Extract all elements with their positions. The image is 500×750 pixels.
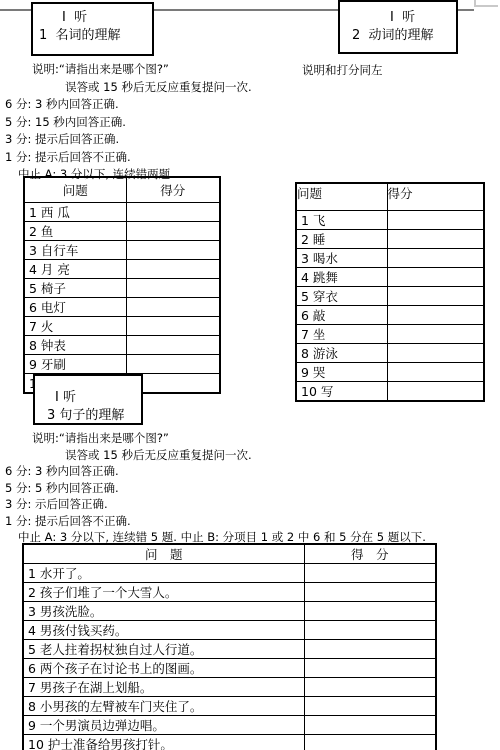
- section-box-sentence-comprehension: I 听 3 句子的理解: [33, 374, 143, 425]
- table-row: 9 哭: [296, 362, 484, 381]
- instruction-line: 1 分: 提示后回答不正确.: [5, 513, 426, 530]
- instructions-noun-section: 说明:“请指出来是哪个图?” 误答或 15 秒后无反应重复提问一次. 6 分: …: [0, 61, 252, 184]
- question-cell: 8 钟表: [24, 335, 126, 354]
- score-cell: [304, 678, 436, 697]
- score-cell: [387, 362, 484, 381]
- table-row: 7 坐: [296, 324, 484, 343]
- table-row: 9 牙刷: [24, 354, 220, 373]
- question-cell: 2 孩子们堆了一个大雪人。: [23, 583, 304, 602]
- question-cell: 1 水开了。: [23, 564, 304, 583]
- question-cell: 5 椅子: [24, 278, 126, 297]
- question-cell: 7 男孩子在湖上划船。: [23, 678, 304, 697]
- table-row: 8 小男孩的左臂被车门夹住了。: [23, 697, 436, 716]
- question-cell: 6 敲: [296, 305, 387, 324]
- table-row: 1 西 瓜: [24, 202, 220, 221]
- instructions-sentence-section: 说明:“请指出来是哪个图?” 误答或 15 秒后无反应重复提问一次. 6 分: …: [0, 430, 426, 546]
- score-cell: [126, 259, 220, 278]
- score-cell: [304, 659, 436, 678]
- sentence-score-table: 问 题 得 分 1 水开了。2 孩子们堆了一个大雪人。3 男孩洗脸。4 男孩付钱…: [22, 543, 437, 750]
- question-cell: 5 穿衣: [296, 286, 387, 305]
- score-cell: [126, 278, 220, 297]
- instruction-line: 6 分: 3 秒内回答正确.: [5, 96, 252, 114]
- question-cell: 4 月 亮: [24, 259, 126, 278]
- question-cell: 10 写: [296, 381, 387, 401]
- score-cell: [304, 564, 436, 583]
- table-row: 4 月 亮: [24, 259, 220, 278]
- table-row: 1 飞: [296, 210, 484, 229]
- instruction-line: 说明:“请指出来是哪个图?”: [32, 61, 252, 79]
- table-row: 7 火: [24, 316, 220, 335]
- question-cell: 7 火: [24, 316, 126, 335]
- score-cell: [387, 248, 484, 267]
- question-cell: 2 鱼: [24, 221, 126, 240]
- table-header-row: 问题 得分: [24, 177, 220, 202]
- table-row: 6 电灯: [24, 297, 220, 316]
- score-cell: [304, 716, 436, 735]
- score-header: 得 分: [304, 544, 436, 564]
- table-row: 4 跳舞: [296, 267, 484, 286]
- section-title: 2 动词的理解: [352, 28, 456, 44]
- instruction-line: 3 分: 提示后回答正确.: [5, 131, 252, 149]
- table-row: 2 鱼: [24, 221, 220, 240]
- score-cell: [304, 583, 436, 602]
- table-row: 1 水开了。: [23, 564, 436, 583]
- section-part-label: I 听: [55, 390, 141, 406]
- score-cell: [126, 297, 220, 316]
- question-cell: 2 睡: [296, 229, 387, 248]
- table-row: 9 一个男演员边弹边唱。: [23, 716, 436, 735]
- question-cell: 10 护士准备给男孩打针。: [23, 735, 304, 750]
- score-cell: [387, 286, 484, 305]
- question-cell: 7 坐: [296, 324, 387, 343]
- instruction-line: 误答或 15 秒后无反应重复提问一次.: [65, 79, 252, 97]
- score-cell: [304, 735, 436, 750]
- question-cell: 6 电灯: [24, 297, 126, 316]
- table-row: 3 男孩洗脸。: [23, 602, 436, 621]
- section-title: 3 句子的理解: [47, 408, 141, 424]
- table-row: 8 钟表: [24, 335, 220, 354]
- score-cell: [126, 240, 220, 259]
- instruction-line: 6 分: 3 秒内回答正确.: [5, 463, 426, 480]
- score-cell: [126, 202, 220, 221]
- verb-score-table: 问题 得分 1 飞2 睡3 喝水4 跳舞5 穿衣6 敲7 坐8 游泳9 哭10 …: [295, 182, 485, 402]
- table-row: 3 自行车: [24, 240, 220, 259]
- section-part-label: I 听: [390, 10, 456, 26]
- question-cell: 3 喝水: [296, 248, 387, 267]
- score-cell: [387, 267, 484, 286]
- instruction-line: 5 分: 5 秒内回答正确.: [5, 480, 426, 497]
- question-cell: 3 自行车: [24, 240, 126, 259]
- score-cell: [304, 621, 436, 640]
- section-box-noun-comprehension: I 听 1 名词的理解: [31, 2, 154, 56]
- question-cell: 1 西 瓜: [24, 202, 126, 221]
- score-cell: [304, 697, 436, 716]
- table-row: 2 睡: [296, 229, 484, 248]
- table-row: 6 两个孩子在讨论书上的图画。: [23, 659, 436, 678]
- table-row: 5 穿衣: [296, 286, 484, 305]
- corner-rule-horizontal: [474, 5, 498, 7]
- score-cell: [126, 354, 220, 373]
- note-same-as-left: 说明和打分同左: [302, 62, 383, 78]
- table-row: 4 男孩付钱买药。: [23, 621, 436, 640]
- table-row: 5 椅子: [24, 278, 220, 297]
- score-cell: [304, 640, 436, 659]
- question-cell: 9 牙刷: [24, 354, 126, 373]
- question-cell: 9 一个男演员边弹边唱。: [23, 716, 304, 735]
- score-cell: [387, 229, 484, 248]
- score-cell: [126, 316, 220, 335]
- section-title: 1 名词的理解: [39, 28, 152, 44]
- score-cell: [387, 210, 484, 229]
- table-row: 8 游泳: [296, 343, 484, 362]
- score-cell: [387, 343, 484, 362]
- table-header-row: 问题 得分: [296, 183, 484, 210]
- table-row: 5 老人拄着拐杖独自过人行道。: [23, 640, 436, 659]
- question-cell: 8 游泳: [296, 343, 387, 362]
- instruction-line: 1 分: 提示后回答不正确.: [5, 149, 252, 167]
- section-box-verb-comprehension: I 听 2 动词的理解: [338, 0, 458, 54]
- question-cell: 3 男孩洗脸。: [23, 602, 304, 621]
- noun-score-table: 问题 得分 1 西 瓜2 鱼3 自行车4 月 亮5 椅子6 电灯7 火8 钟表9…: [23, 176, 221, 394]
- table-row: 10 写: [296, 381, 484, 401]
- instruction-line: 3 分: 示后回答正确.: [5, 496, 426, 513]
- instruction-line: 说明:“请指出来是哪个图?”: [32, 430, 426, 447]
- question-header: 问题: [24, 177, 126, 202]
- table-row: 2 孩子们堆了一个大雪人。: [23, 583, 436, 602]
- score-header: 得分: [126, 177, 220, 202]
- question-header: 问 题: [23, 544, 304, 564]
- table-row: 10 护士准备给男孩打针。: [23, 735, 436, 750]
- question-cell: 5 老人拄着拐杖独自过人行道。: [23, 640, 304, 659]
- score-cell: [387, 324, 484, 343]
- question-cell: 4 跳舞: [296, 267, 387, 286]
- question-cell: 4 男孩付钱买药。: [23, 621, 304, 640]
- instruction-line: 5 分: 15 秒内回答正确.: [5, 114, 252, 132]
- table-row: 7 男孩子在湖上划船。: [23, 678, 436, 697]
- instruction-line: 误答或 15 秒后无反应重复提问一次.: [65, 447, 426, 464]
- corner-rule-vertical: [474, 0, 476, 7]
- question-cell: 1 飞: [296, 210, 387, 229]
- score-cell: [126, 335, 220, 354]
- question-header: 问题: [296, 183, 387, 210]
- score-cell: [387, 305, 484, 324]
- score-cell: [126, 221, 220, 240]
- question-cell: 6 两个孩子在讨论书上的图画。: [23, 659, 304, 678]
- question-cell: 8 小男孩的左臂被车门夹住了。: [23, 697, 304, 716]
- score-cell: [304, 602, 436, 621]
- table-row: 6 敲: [296, 305, 484, 324]
- document-page: I 听 1 名词的理解 I 听 2 动词的理解 说明:“请指出来是哪个图?” 误…: [0, 0, 500, 750]
- question-cell: 9 哭: [296, 362, 387, 381]
- score-header: 得分: [387, 183, 484, 210]
- table-row: 3 喝水: [296, 248, 484, 267]
- table-header-row: 问 题 得 分: [23, 544, 436, 564]
- section-part-label: I 听: [62, 10, 152, 26]
- score-cell: [387, 381, 484, 401]
